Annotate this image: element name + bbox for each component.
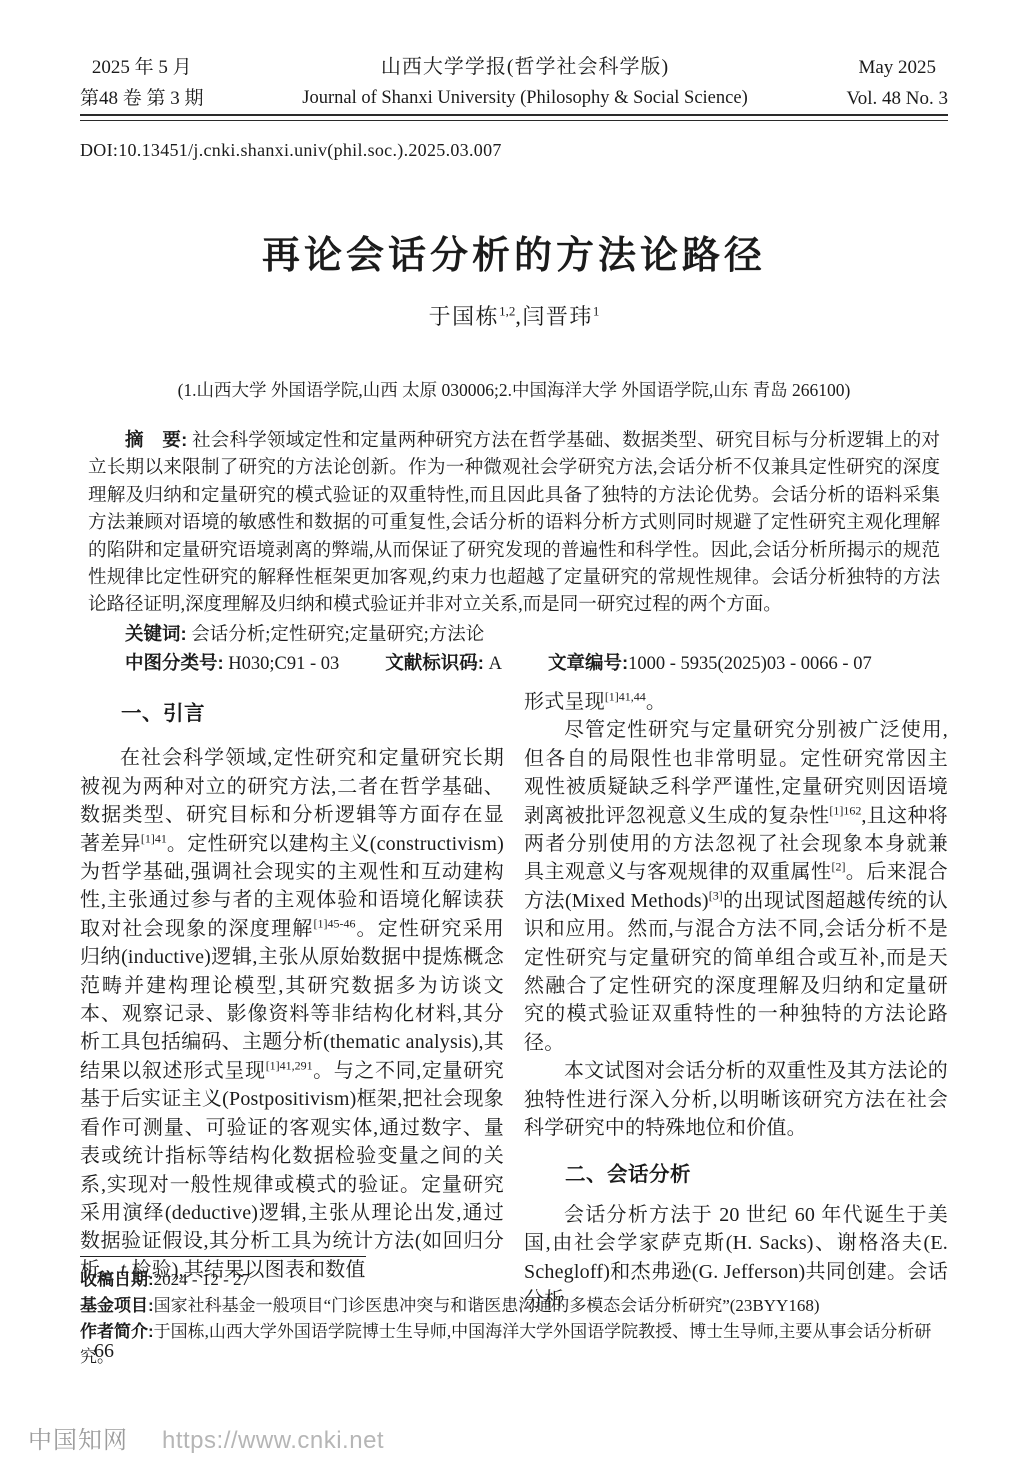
reference-superscript: [1]45-46 — [313, 916, 355, 930]
footnote-label: 收稿日期: — [80, 1270, 154, 1289]
header-issue-cn: 第48 卷 第 3 期 — [80, 83, 204, 114]
header-issue-block-cn: 2025 年 5 月 第48 卷 第 3 期 — [80, 52, 204, 114]
header-issue-block-en: May 2025 Vol. 48 No. 3 — [846, 52, 948, 114]
keywords-text: 会话分析;定性研究;定量研究;方法论 — [191, 625, 484, 645]
affiliation-line: (1.山西大学 外国语学院,山西 太原 030006;2.中国海洋大学 外国语学… — [0, 377, 1028, 402]
footnote-label: 作者简介: — [80, 1322, 154, 1341]
doc-code-group: 文献标识码: A — [385, 654, 502, 674]
article-title: 再论会话分析的方法论路径 — [0, 224, 1028, 279]
doi-line: DOI:10.13451/j.cnki.shanxi.univ(phil.soc… — [80, 140, 502, 161]
footnote-funding: 基金项目:国家社科基金一般项目“门诊医患冲突与和谐医患沟通的多模态会话分析研究”… — [80, 1293, 948, 1319]
footnote-author-bio: 作者简介:于国栋,山西大学外国语学院博士生导师,中国海洋大学外国语学院教授、博士… — [80, 1319, 948, 1371]
header-issue-en: Vol. 48 No. 3 — [846, 83, 948, 114]
cnki-url-text: https://www.cnki.net — [162, 1427, 384, 1454]
reference-superscript: [2] — [832, 860, 846, 874]
column-right: 形式呈现[1]41,44。尽管定性研究与定量研究分别被广泛使用,但各自的局限性也… — [524, 688, 948, 1315]
reference-superscript: [3] — [709, 888, 723, 902]
clc-group: 中图分类号: H030;C91 - 03 — [125, 654, 339, 674]
reference-superscript: [1]162 — [829, 803, 861, 817]
reference-superscript: [1]41,291 — [266, 1058, 313, 1072]
journal-title-block: 山西大学学报(哲学社会科学版) Journal of Shanxi Univer… — [302, 52, 747, 114]
footnote-label: 基金项目: — [80, 1296, 154, 1315]
cnki-watermark: 中国知网https://www.cnki.net — [28, 1420, 384, 1455]
article-id-group: 文章编号:1000 - 5935(2025)03 - 0066 - 07 — [548, 654, 872, 674]
footnote-text: 2024 - 12 - 27 — [154, 1270, 250, 1289]
keywords-label: 关键词: — [125, 623, 187, 644]
keywords-line: 关键词: 会话分析;定性研究;定量研究;方法论 — [88, 620, 940, 649]
authors-line: 于国栋1,2,闫晋玮1 — [0, 300, 1028, 331]
footnote-text: 国家社科基金一般项目“门诊医患冲突与和谐医患沟通的多模态会话分析研究”(23BY… — [154, 1296, 820, 1315]
doc-code-label: 文献标识码: — [385, 652, 484, 673]
section-heading: 二、会话分析 — [524, 1161, 948, 1189]
reference-superscript: [1]41,44 — [605, 689, 646, 703]
journal-name-en: Journal of Shanxi University (Philosophy… — [302, 83, 747, 114]
column-left: 一、引言在社会科学领域,定性研究和定量研究长期被视为两种对立的研究方法,二者在哲… — [80, 688, 504, 1315]
abstract-paragraph: 摘 要: 社会科学领域定性和定量两种研究方法在哲学基础、数据类型、研究目标与分析… — [88, 426, 940, 620]
front-matter: 摘 要: 社会科学领域定性和定量两种研究方法在哲学基础、数据类型、研究目标与分析… — [88, 426, 940, 679]
body-paragraph: 本文试图对会话分析的双重性及其方法论的独特性进行深入分析,以明晰该研究方法在社会… — [524, 1057, 948, 1142]
header-date-cn: 2025 年 5 月 — [80, 52, 204, 83]
doc-code-value: A — [489, 654, 502, 674]
journal-name-cn: 山西大学学报(哲学社会科学版) — [302, 52, 747, 83]
reference-superscript: [1]41 — [141, 831, 167, 845]
section-heading: 一、引言 — [80, 700, 504, 728]
cnki-brand-text: 中国知网 — [28, 1427, 128, 1454]
abstract-text: 社会科学领域定性和定量两种研究方法在哲学基础、数据类型、研究目标与分析逻辑上的对… — [88, 431, 940, 615]
paper-page: 2025 年 5 月 第48 卷 第 3 期 山西大学学报(哲学社会科学版) J… — [0, 0, 1028, 1466]
article-body: 一、引言在社会科学领域,定性研究和定量研究长期被视为两种对立的研究方法,二者在哲… — [80, 688, 948, 1315]
header-date-en: May 2025 — [846, 52, 948, 83]
body-paragraph: 尽管定性研究与定量研究分别被广泛使用,但各自的局限性也非常明显。定性研究常因主观… — [524, 716, 948, 1057]
footnotes-block: 收稿日期:2024 - 12 - 27 基金项目:国家社科基金一般项目“门诊医患… — [80, 1256, 948, 1370]
body-paragraph: 形式呈现[1]41,44。 — [524, 688, 948, 716]
footnote-received-date: 收稿日期:2024 - 12 - 27 — [80, 1267, 948, 1293]
footnote-divider-rule — [80, 1256, 366, 1257]
reference-superscript: 1 — [593, 304, 600, 319]
classification-line: 中图分类号: H030;C91 - 03文献标识码: A文章编号:1000 - … — [88, 649, 940, 678]
page-number: 66 — [94, 1340, 114, 1363]
clc-label: 中图分类号: — [125, 652, 224, 673]
footnote-text: 于国栋,山西大学外国语学院博士生导师,中国海洋大学外国语学院教授、博士生导师,主… — [80, 1322, 931, 1367]
abstract-label: 摘 要: — [125, 429, 187, 450]
header-divider-rule — [80, 114, 948, 121]
article-id-value: 1000 - 5935(2025)03 - 0066 - 07 — [628, 654, 872, 674]
journal-header: 2025 年 5 月 第48 卷 第 3 期 山西大学学报(哲学社会科学版) J… — [80, 52, 948, 114]
body-paragraph: 在社会科学领域,定性研究和定量研究长期被视为两种对立的研究方法,二者在哲学基础、… — [80, 744, 504, 1284]
article-id-label: 文章编号: — [548, 652, 628, 673]
reference-superscript: 1,2 — [499, 304, 515, 319]
clc-value: H030;C91 - 03 — [228, 654, 339, 674]
